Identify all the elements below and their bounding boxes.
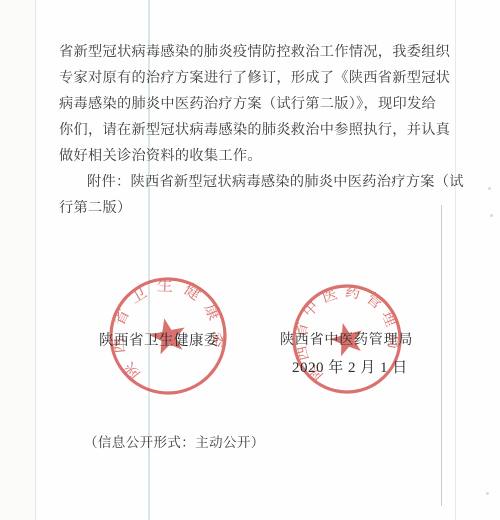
body-line: 病毒感染的肺炎中医药治疗方案（试行第二版）》，现印发给 xyxy=(59,91,451,117)
left-org-name: 陕西省卫生健康委 xyxy=(99,329,219,350)
body-line: 省新型冠状病毒感染的肺炎疫情防控救治工作情况，我委组织 xyxy=(59,39,451,65)
document-body: 省新型冠状病毒感染的肺炎疫情防控救治工作情况，我委组织 专家对原有的治疗方案进行… xyxy=(59,39,451,221)
body-line: 你们，请在新型冠状病毒感染的肺炎救治中参照执行，并认真 xyxy=(59,117,451,143)
right-org-name: 陕西省中医药管理局 xyxy=(280,329,413,349)
scan-speck xyxy=(490,214,493,217)
body-line: 专家对原有的治疗方案进行了修订，形成了《陕西省新型冠状 xyxy=(59,65,451,91)
scan-crease-line xyxy=(441,205,442,506)
disclosure-note: （信息公开形式：主动公开） xyxy=(84,431,265,451)
attachment-line-continued: 行第二版） xyxy=(59,195,451,221)
scan-fold-line-right xyxy=(455,0,456,520)
scan-speck xyxy=(486,492,489,495)
scanned-document-page: 省新型冠状病毒感染的肺炎疫情防控救治工作情况，我委组织 专家对原有的治疗方案进行… xyxy=(0,0,500,520)
scan-speck xyxy=(488,187,491,190)
signature-date: 2020 年 2 月 1 日 xyxy=(292,356,408,377)
page-left-margin-shadow xyxy=(0,0,36,520)
attachment-line: 附件：陕西省新型冠状病毒感染的肺炎中医药治疗方案（试 xyxy=(59,169,451,195)
body-line: 做好相关诊治资料的收集工作。 xyxy=(59,143,451,169)
